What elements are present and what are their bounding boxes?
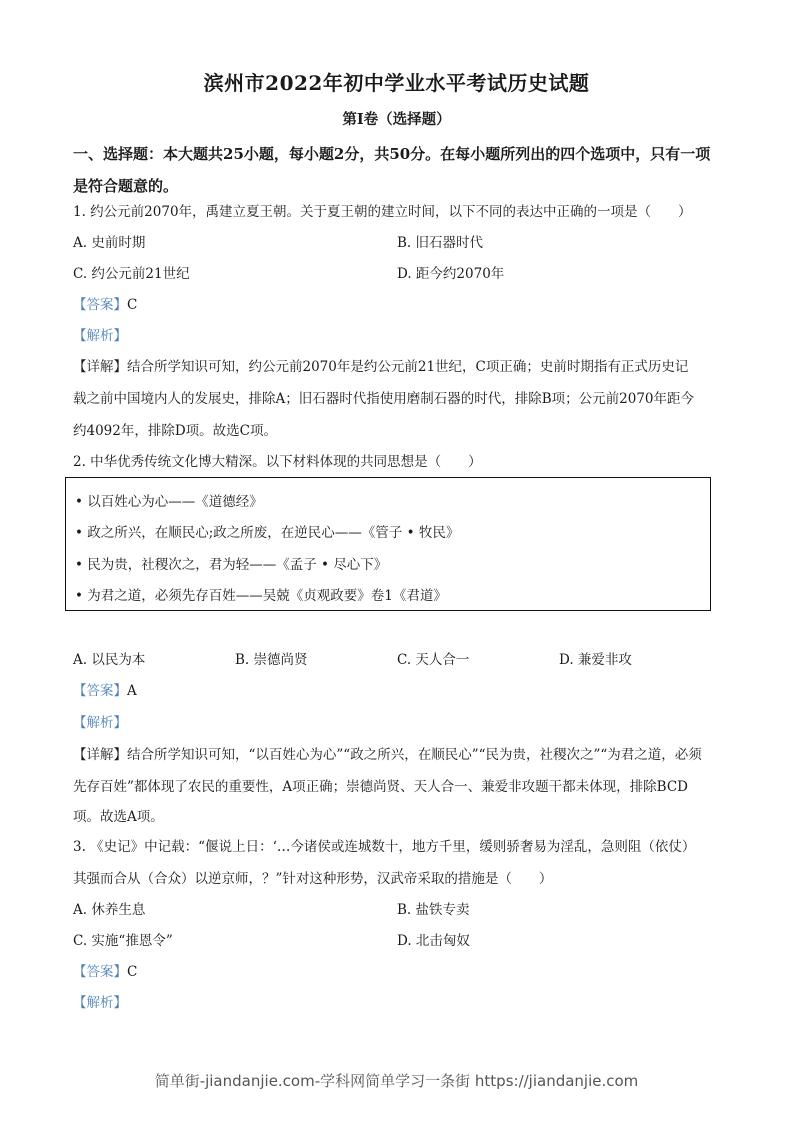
- question-stem: 3. 《史记》中记载：“偃说上日：‘…今诸侯或连城数十，地方千里，缓则骄奢易为淫…: [73, 838, 695, 856]
- option-d: D. 北击匈奴: [397, 932, 470, 950]
- option-a: A. 史前时期: [73, 234, 145, 252]
- answer-row: 【答案】C: [73, 963, 137, 981]
- analysis-label: 【解析】: [73, 994, 127, 1012]
- option-b: B. 崇德尚贤: [235, 651, 308, 669]
- option-c: C. 实施“推恩令”: [73, 932, 173, 950]
- option-d: D. 距今约2070年: [397, 265, 504, 283]
- detail-line: 载之前中国境内人的发展史，排除A；旧石器时代指使用磨制石器的时代，排除B项；公元…: [73, 390, 694, 408]
- material-box: • 以百姓心为心——《道德经》 • 政之所兴，在顺民心;政之所废，在逆民心——《…: [65, 477, 711, 611]
- option-c: C. 天人合一: [397, 651, 469, 669]
- detail-label: 【详解】: [73, 359, 127, 375]
- question-stem: 其强而合从（合众）以逆京师，？”针对这种形势，汉武帝采取的措施是（ ）: [73, 870, 552, 888]
- detail-line: 先存百姓”都体现了农民的重要性，A项正确；崇德尚贤、天人合一、兼爱非攻题干都未体…: [73, 778, 688, 796]
- analysis-label: 【解析】: [73, 714, 127, 732]
- answer-value: C: [127, 964, 137, 980]
- answer-row: 【答案】A: [73, 682, 137, 700]
- option-a: A. 休养生息: [73, 901, 145, 919]
- detail-line: 项。故选A项。: [73, 808, 164, 826]
- detail-line: 约4092年，排除D项。故选C项。: [73, 422, 277, 440]
- option-d: D. 兼爱非攻: [559, 651, 632, 669]
- exam-page: 滨州市2022年初中学业水平考试历史试题 第Ⅰ卷（选择题） 一、选择题：本大题共…: [0, 0, 793, 1122]
- detail-label: 【详解】: [73, 747, 127, 763]
- detail-line: 【详解】结合所学知识可知，“以百姓心为心”“政之所兴，在顺民心”“民为贵，社稷次…: [73, 746, 702, 764]
- section-subtitle: 第Ⅰ卷（选择题）: [0, 108, 793, 129]
- question-stem: 2. 中华优秀传统文化博大精深。以下材料体现的共同思想是（ ）: [73, 453, 482, 471]
- option-c: C. 约公元前21世纪: [73, 265, 190, 283]
- option-a: A. 以民为本: [73, 651, 145, 669]
- answer-label: 【答案】: [73, 964, 127, 980]
- option-b: B. 旧石器时代: [397, 234, 483, 252]
- question-stem: 1. 约公元前2070年，禹建立夏王朝。关于夏王朝的建立时间，以下不同的表达中正…: [73, 203, 692, 221]
- answer-value: A: [127, 683, 137, 699]
- material-line: • 政之所兴，在顺民心;政之所废，在逆民心——《管子 • 牧民》: [75, 521, 459, 541]
- answer-value: C: [127, 297, 137, 313]
- material-line: • 民为贵，社稷次之，君为轻——《孟子 • 尽心下》: [75, 553, 387, 573]
- material-line: • 以百姓心为心——《道德经》: [75, 490, 263, 510]
- page-title: 滨州市2022年初中学业水平考试历史试题: [0, 67, 793, 96]
- answer-label: 【答案】: [73, 683, 127, 699]
- analysis-label: 【解析】: [73, 327, 127, 345]
- footer-watermark: 简单街-jiandanjie.com-学科网简单学习一条街 https://ji…: [0, 1070, 793, 1091]
- answer-row: 【答案】C: [73, 296, 137, 314]
- material-line: • 为君之道，必须先存百姓——吴兢《贞观政要》卷1《君道》: [75, 584, 447, 604]
- detail-line: 【详解】结合所学知识可知，约公元前2070年是约公元前21世纪，C项正确；史前时…: [73, 358, 688, 376]
- option-b: B. 盐铁专卖: [397, 901, 470, 919]
- answer-label: 【答案】: [73, 297, 127, 313]
- section-heading: 一、选择题：本大题共25小题，每小题2分，共50分。在每小题所列出的四个选项中，…: [73, 138, 723, 202]
